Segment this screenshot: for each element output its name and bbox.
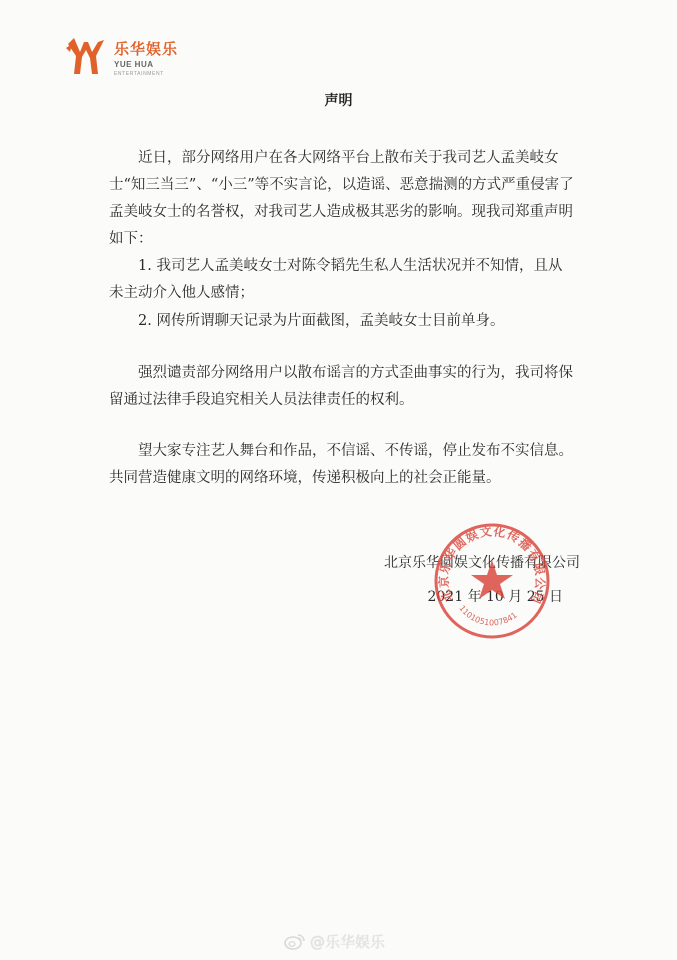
appeal-paragraph: 望大家专注艺人舞台和作品，不信谣、不传谣，停止发布不实信息。共同营造健康文明的网… [109, 438, 575, 492]
yuehua-logo-icon [64, 30, 108, 78]
statement-page: 乐华娱乐 YUE HUA ENTERTAINMENT 声明 近日，部分网络用户在… [0, 0, 677, 960]
logo-chinese-name: 乐华娱乐 [114, 38, 178, 59]
statement-item-2: 2. 网传所谓聊天记录为片面截图，孟美岐女士目前单身。 [109, 308, 575, 335]
logo-english-name: YUE HUA [114, 60, 154, 69]
weibo-watermark: @乐华娱乐 [284, 931, 385, 951]
document-title: 声明 [0, 90, 677, 110]
intro-paragraph: 近日，部分网络用户在各大网络平台上散布关于我司艺人孟美岐女士“知三当三”、“小三… [109, 145, 575, 253]
seal-code-text: 1101051007841 [457, 604, 518, 628]
logo-english-sub: ENTERTAINMENT [114, 71, 164, 77]
company-logo: 乐华娱乐 YUE HUA ENTERTAINMENT [64, 30, 224, 82]
statement-item-1: 1. 我司艺人孟美岐女士对陈令韬先生私人生活状况并不知情，且从未主动介入他人感情… [109, 253, 575, 307]
company-seal-icon: 北京乐华圆娱文化传播有限公司 1101051007841 [433, 522, 551, 640]
watermark-text: @乐华娱乐 [310, 931, 385, 952]
condemn-paragraph: 强烈谴责部分网络用户以散布谣言的方式歪曲事实的行为，我司将保留通过法律手段追究相… [109, 360, 575, 414]
weibo-icon [284, 932, 306, 950]
svg-text:1101051007841: 1101051007841 [457, 604, 518, 628]
